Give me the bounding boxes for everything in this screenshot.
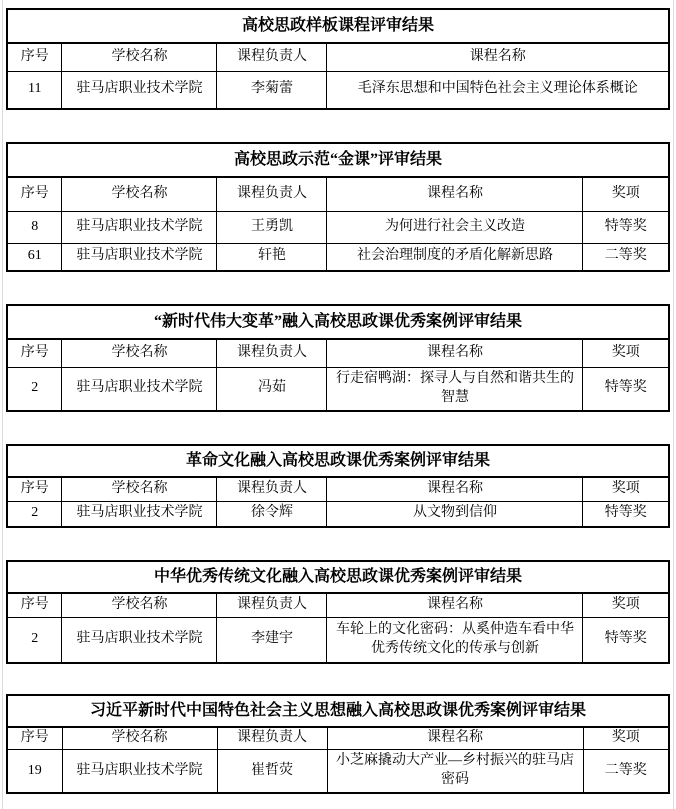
col-header-award: 奖项 <box>583 593 669 617</box>
cell-seq: 2 <box>7 617 62 663</box>
col-header-leader: 课程负责人 <box>217 339 327 367</box>
table-header-row: 序号 学校名称 课程负责人 课程名称 奖项 <box>7 477 669 501</box>
cell-award: 特等奖 <box>583 367 669 411</box>
table-header-row: 序号 学校名称 课程负责人 课程名称 奖项 <box>7 727 669 749</box>
cell-seq: 2 <box>7 501 62 527</box>
cell-course: 社会治理制度的矛盾化解新思路 <box>327 243 583 271</box>
cell-course: 行走宿鸭湖：探寻人与自然和谐共生的智慧 <box>327 367 583 411</box>
table-row: 2 驻马店职业技术学院 冯茹 行走宿鸭湖：探寻人与自然和谐共生的智慧 特等奖 <box>7 367 669 411</box>
table-row: 61 驻马店职业技术学院 轩艳 社会治理制度的矛盾化解新思路 二等奖 <box>7 243 669 271</box>
table-title: 高校思政示范“金课”评审结果 <box>7 143 669 177</box>
col-header-seq: 序号 <box>7 593 62 617</box>
col-header-course: 课程名称 <box>327 593 583 617</box>
col-header-seq: 序号 <box>7 177 62 211</box>
cell-award: 二等奖 <box>583 243 669 271</box>
cell-award: 特等奖 <box>583 617 669 663</box>
cell-leader: 崔哲荧 <box>217 749 327 793</box>
table-title: “新时代伟大变革”融入高校思政课优秀案例评审结果 <box>7 305 669 339</box>
col-header-leader: 课程负责人 <box>217 477 327 501</box>
result-table-xi-thought-cases: 习近平新时代中国特色社会主义思想融入高校思政课优秀案例评审结果 序号 学校名称 … <box>6 694 670 794</box>
cell-leader: 冯茹 <box>217 367 327 411</box>
col-header-award: 奖项 <box>583 339 669 367</box>
table-row: 8 驻马店职业技术学院 王勇凯 为何进行社会主义改造 特等奖 <box>7 211 669 243</box>
cell-course: 为何进行社会主义改造 <box>327 211 583 243</box>
col-header-school: 学校名称 <box>62 43 217 71</box>
table-title: 中华优秀传统文化融入高校思政课优秀案例评审结果 <box>7 561 669 593</box>
table-row: 革命文化融入高校思政课优秀案例评审结果 <box>7 445 669 477</box>
col-header-leader: 课程负责人 <box>217 593 327 617</box>
cell-leader: 徐令辉 <box>217 501 327 527</box>
table-row: “新时代伟大变革”融入高校思政课优秀案例评审结果 <box>7 305 669 339</box>
table-header-row: 序号 学校名称 课程负责人 课程名称 <box>7 43 669 71</box>
cell-seq: 61 <box>7 243 62 271</box>
cell-school: 驻马店职业技术学院 <box>62 211 217 243</box>
col-header-award: 奖项 <box>583 477 669 501</box>
cell-seq: 19 <box>7 749 62 793</box>
col-header-school: 学校名称 <box>62 593 217 617</box>
cell-leader: 李建宇 <box>217 617 327 663</box>
cell-course: 从文物到信仰 <box>327 501 583 527</box>
cell-award: 二等奖 <box>583 749 669 793</box>
table-row: 2 驻马店职业技术学院 徐令辉 从文物到信仰 特等奖 <box>7 501 669 527</box>
cell-leader: 李菊蕾 <box>217 71 327 109</box>
result-table-traditional-culture-cases: 中华优秀传统文化融入高校思政课优秀案例评审结果 序号 学校名称 课程负责人 课程… <box>6 560 670 664</box>
table-title: 习近平新时代中国特色社会主义思想融入高校思政课优秀案例评审结果 <box>7 695 669 727</box>
col-header-school: 学校名称 <box>62 177 217 211</box>
col-header-award: 奖项 <box>583 727 669 749</box>
col-header-award: 奖项 <box>583 177 669 211</box>
page-edge-gridline-right <box>673 0 674 809</box>
col-header-seq: 序号 <box>7 727 62 749</box>
table-row: 高校思政示范“金课”评审结果 <box>7 143 669 177</box>
cell-school: 驻马店职业技术学院 <box>62 749 217 793</box>
cell-award: 特等奖 <box>583 211 669 243</box>
cell-school: 驻马店职业技术学院 <box>62 501 217 527</box>
col-header-course: 课程名称 <box>327 477 583 501</box>
cell-course: 小芝麻撬动大产业—乡村振兴的驻马店密码 <box>327 749 583 793</box>
col-header-school: 学校名称 <box>62 727 217 749</box>
col-header-course: 课程名称 <box>327 43 669 71</box>
col-header-course: 课程名称 <box>327 339 583 367</box>
col-header-school: 学校名称 <box>62 477 217 501</box>
table-row: 11 驻马店职业技术学院 李菊蕾 毛泽东思想和中国特色社会主义理论体系概论 <box>7 71 669 109</box>
col-header-school: 学校名称 <box>62 339 217 367</box>
table-row: 中华优秀传统文化融入高校思政课优秀案例评审结果 <box>7 561 669 593</box>
cell-seq: 2 <box>7 367 62 411</box>
col-header-course: 课程名称 <box>327 177 583 211</box>
table-row: 习近平新时代中国特色社会主义思想融入高校思政课优秀案例评审结果 <box>7 695 669 727</box>
cell-seq: 8 <box>7 211 62 243</box>
col-header-course: 课程名称 <box>327 727 583 749</box>
table-title: 革命文化融入高校思政课优秀案例评审结果 <box>7 445 669 477</box>
table-row: 19 驻马店职业技术学院 崔哲荧 小芝麻撬动大产业—乡村振兴的驻马店密码 二等奖 <box>7 749 669 793</box>
col-header-leader: 课程负责人 <box>217 43 327 71</box>
col-header-seq: 序号 <box>7 43 62 71</box>
result-table-revolutionary-culture-cases: 革命文化融入高校思政课优秀案例评审结果 序号 学校名称 课程负责人 课程名称 奖… <box>6 444 670 528</box>
cell-school: 驻马店职业技术学院 <box>62 243 217 271</box>
result-table-golden-courses: 高校思政示范“金课”评审结果 序号 学校名称 课程负责人 课程名称 奖项 8 驻… <box>6 142 670 272</box>
cell-course: 毛泽东思想和中国特色社会主义理论体系概论 <box>327 71 669 109</box>
cell-course: 车轮上的文化密码：从奚仲造车看中华优秀传统文化的传承与创新 <box>327 617 583 663</box>
table-header-row: 序号 学校名称 课程负责人 课程名称 奖项 <box>7 177 669 211</box>
result-table-sample-courses: 高校思政样板课程评审结果 序号 学校名称 课程负责人 课程名称 11 驻马店职业… <box>6 8 670 110</box>
table-title: 高校思政样板课程评审结果 <box>7 9 669 43</box>
col-header-seq: 序号 <box>7 339 62 367</box>
col-header-seq: 序号 <box>7 477 62 501</box>
table-header-row: 序号 学校名称 课程负责人 课程名称 奖项 <box>7 593 669 617</box>
cell-school: 驻马店职业技术学院 <box>62 367 217 411</box>
result-table-new-era-cases: “新时代伟大变革”融入高校思政课优秀案例评审结果 序号 学校名称 课程负责人 课… <box>6 304 670 412</box>
col-header-leader: 课程负责人 <box>217 177 327 211</box>
table-row: 2 驻马店职业技术学院 李建宇 车轮上的文化密码：从奚仲造车看中华优秀传统文化的… <box>7 617 669 663</box>
cell-leader: 王勇凯 <box>217 211 327 243</box>
cell-seq: 11 <box>7 71 62 109</box>
cell-award: 特等奖 <box>583 501 669 527</box>
table-header-row: 序号 学校名称 课程负责人 课程名称 奖项 <box>7 339 669 367</box>
cell-leader: 轩艳 <box>217 243 327 271</box>
cell-school: 驻马店职业技术学院 <box>62 617 217 663</box>
page-edge-gridline-left <box>2 0 3 809</box>
table-row: 高校思政样板课程评审结果 <box>7 9 669 43</box>
col-header-leader: 课程负责人 <box>217 727 327 749</box>
cell-school: 驻马店职业技术学院 <box>62 71 217 109</box>
